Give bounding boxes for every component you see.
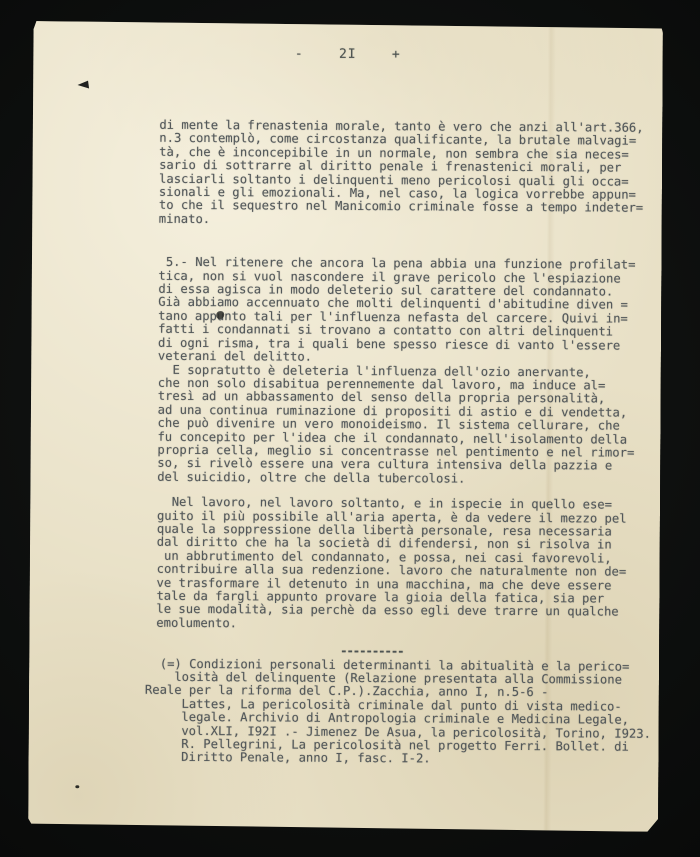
paragraph-2: 5.- Nel ritenere che ancora la pena abbi… xyxy=(158,256,659,366)
photograph-background: { "document": { "page_number_line": "- 2… xyxy=(0,0,700,857)
page-number: - 2I + xyxy=(33,45,663,64)
paragraph-4: Nel lavoro, nel lavoro soltanto, e in is… xyxy=(156,496,657,633)
paragraph-1: di mente la frenastenia morale, tanto è … xyxy=(159,119,660,229)
typewritten-text: di mente la frenastenia morale, tanto è … xyxy=(155,119,659,768)
ink-mark-arrow xyxy=(77,81,89,90)
footnote: (=) Condizioni personali determinanti la… xyxy=(144,657,656,767)
document-page: - 2I + di mente la frenastenia morale, t… xyxy=(28,21,663,832)
paragraph-3: E sopratutto è deleteria l'influenza del… xyxy=(157,363,658,487)
ink-speck xyxy=(75,785,79,788)
